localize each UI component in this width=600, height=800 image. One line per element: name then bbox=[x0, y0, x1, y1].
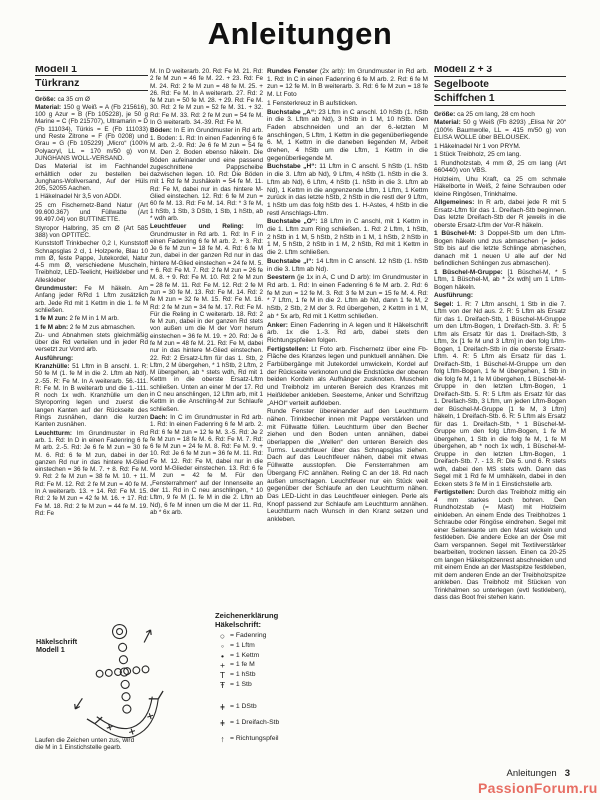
staebchen-icon: Ŧ bbox=[215, 681, 230, 689]
legend-item: += 1 fe M bbox=[215, 661, 335, 669]
paragraph: Kunststoff Trinkbecher 0,2 l, Kunststoff… bbox=[35, 240, 148, 284]
legend-items-group-2: ǂ= 1 DStbǂ= 1 Dreifach-Stb↑= Richtungspf… bbox=[215, 703, 335, 744]
paragraph: Rundes Fenster (2x arb): Im Grundmuster … bbox=[267, 68, 428, 99]
paragraph: Fertigstellen: Durch das Treibholz mitti… bbox=[434, 489, 566, 602]
legend-item: ↑= Richtungspfeil bbox=[215, 735, 335, 743]
paragraph: Holzleim, Uhu Kraft, ca 25 cm schmale Hä… bbox=[434, 176, 566, 199]
paragraph: 1 Häkelnadel Nr 1 von PRYM. bbox=[434, 143, 566, 151]
paragraph: Anker: Einen Fadenring in A legen und lt… bbox=[267, 322, 428, 345]
paragraph: Segel: 1. R: 7 Lftm anschl, 1 Stb in die… bbox=[434, 301, 566, 489]
paragraph: 1 Rundholzstab, 4 mm Ø, 25 cm lang (Art … bbox=[434, 160, 566, 175]
paragraph: Buchstabe „A“: 23 Lftm in C anschl. 10 h… bbox=[267, 109, 428, 163]
paragraph: 1 Fensterkreuz in B aufsticken. bbox=[267, 100, 428, 108]
paragraph: Zu- und Abnahmen stets gleichmäßig über … bbox=[35, 332, 148, 354]
kettmasche-icon: • bbox=[215, 652, 230, 660]
paragraph: Das Material ist im Fachhandel erhältlic… bbox=[35, 163, 148, 192]
paragraph: 1 Büschel-M: 3 Doppel-Stb um den Lftm-Bo… bbox=[434, 230, 566, 268]
paragraph: Material: 50 g Weiß (Fb 8293) „Elisa Nr … bbox=[434, 119, 566, 142]
legend-item-label: = 1 DStb bbox=[230, 703, 257, 711]
paragraph: Buchstabe „I“: 14 Lftm in C anschl. 12 h… bbox=[267, 258, 428, 273]
paragraph: Fertigstellen: Lt Foto arb. Fischernetz … bbox=[267, 346, 428, 408]
paragraph: Runde Fenster übereinander auf den Leuch… bbox=[267, 408, 428, 524]
paragraph: Styropor Halbring, 35 cm Ø (Art 585 388)… bbox=[35, 225, 148, 240]
legend-item-label: = Richtungspfeil bbox=[230, 735, 279, 743]
magazine-page: Anleitungen Modell 1 Türkranz Größe: ca … bbox=[0, 0, 600, 800]
model-1-heading: Modell 1 bbox=[35, 66, 148, 76]
paragraph: Buchstabe „H“: 11 Lftm in C anschl. 5 hS… bbox=[267, 163, 428, 217]
paragraph: 1 fe M abn: 2 fe M zus abmaschen. bbox=[35, 324, 148, 331]
column-2: M. In D weiterarb. 20. Rd: Fe M. 21. Rd:… bbox=[150, 68, 263, 608]
legend-item-label: = 1 hStb bbox=[230, 671, 256, 679]
page-footer: Anleitungen3 bbox=[440, 768, 570, 779]
paragraph: M. In D weiterarb. 20. Rd: Fe M. 21. Rd:… bbox=[150, 68, 263, 126]
legend-item: ǂ= 1 DStb bbox=[215, 703, 335, 711]
footer-label: Anleitungen bbox=[507, 768, 557, 779]
paragraph: Buchstabe „O“: 18 Lftm in C anschl, mit … bbox=[267, 218, 428, 257]
watermark: PassionForum.ru bbox=[478, 780, 600, 796]
legend-title-line2: Häkelschrift: bbox=[215, 620, 261, 629]
dreifach-staebchen-icon: ǂ bbox=[215, 719, 230, 727]
chart-label: Häkelschrift Modell 1 bbox=[36, 638, 106, 655]
paragraph: Allgemeines: In R arb, dabei jede R mit … bbox=[434, 199, 566, 229]
legend-item-label: = 1 fe M bbox=[230, 661, 255, 669]
paragraph: Grundmuster: Fe M häkeln. Am Anfang jede… bbox=[35, 285, 148, 314]
paragraph: Kranzhülle: 51 Lftm in B anschl. 1. R: 5… bbox=[35, 363, 148, 429]
paragraph: Material: 150 g Weiß = A (Fb 215616), 10… bbox=[35, 104, 148, 162]
chart-note: Laufen die Zeichen unten zus, wird die M… bbox=[35, 737, 135, 752]
paragraph: Seestern (je 1x in A, C und D arb): Im G… bbox=[267, 274, 428, 320]
legend-item: ǂ= 1 Dreifach-Stb bbox=[215, 719, 335, 727]
legend-item: Ŧ= 1 Stb bbox=[215, 681, 335, 689]
halbes-staebchen-icon: T bbox=[215, 671, 230, 679]
paragraph: 1 Stück Treibholz, 25 cm lang. bbox=[434, 151, 566, 159]
paragraph: 25 cm Fischernetz-Band Natur (Art 99.600… bbox=[35, 202, 148, 224]
page-title: Anleitungen bbox=[0, 16, 600, 52]
footer-page-number: 3 bbox=[565, 768, 570, 779]
paragraph: Ausführung: bbox=[434, 292, 566, 300]
paragraph: 1 fe M zun: 2 fe M in 1 M arb. bbox=[35, 315, 148, 322]
legend-item-label: = Fadenring bbox=[230, 632, 266, 640]
paragraph: 1 Büschel-M-Gruppe: [1 Büschel-M, * 5 Lf… bbox=[434, 269, 566, 292]
column-1-text: Größe: ca 35 cm ØMaterial: 150 g Weiß = … bbox=[35, 96, 148, 518]
model-2-3-heading: Modell 2 + 3 bbox=[434, 66, 566, 77]
legend-item-label: = 1 Kettm bbox=[230, 652, 259, 660]
paragraph: Ausführung: bbox=[35, 355, 148, 362]
legend-item-label: = 1 Stb bbox=[230, 681, 252, 689]
schiffchen-1-heading: Schiffchen 1 bbox=[434, 95, 566, 106]
luftmasche-icon: ◦ bbox=[215, 642, 230, 650]
segelboote-heading: Segelboote bbox=[434, 81, 566, 92]
column-4-text: Größe: ca 25 cm lang, 28 cm hochMaterial… bbox=[434, 111, 566, 602]
paragraph: Leuchtfeuer und Reling: Im Grundmuster i… bbox=[150, 223, 263, 413]
legend-item: ◦= 1 Lftm bbox=[215, 642, 335, 650]
legend-item-label: = 1 Lftm bbox=[230, 642, 255, 650]
doppel-staebchen-icon: ǂ bbox=[215, 703, 230, 711]
column-3-text: Rundes Fenster (2x arb): Im Grundmuster … bbox=[267, 68, 428, 524]
fadenring-icon: ○ bbox=[215, 632, 230, 640]
legend-title: Zeichenerklärung Häkelschrift: bbox=[215, 612, 335, 629]
paragraph: Dach: In C im Grundmuster in Rd arb. 1. … bbox=[150, 414, 263, 516]
legend-item: •= 1 Kettm bbox=[215, 652, 335, 660]
paragraph: Größe: ca 35 cm Ø bbox=[35, 96, 148, 103]
legend-item: T= 1 hStb bbox=[215, 671, 335, 679]
paragraph: Größe: ca 25 cm lang, 28 cm hoch bbox=[434, 111, 566, 119]
legend-item-label: = 1 Dreifach-Stb bbox=[230, 719, 279, 727]
richtungspfeil-icon: ↑ bbox=[215, 735, 230, 743]
paragraph: Böden: In E im Grundmuster in Rd arb. 1.… bbox=[150, 127, 263, 222]
tuerkranz-heading: Türkranz bbox=[35, 80, 148, 90]
paragraph: 1 Häkelnadel Nr 3,5 von ADDI. bbox=[35, 193, 148, 200]
column-2-text: M. In D weiterarb. 20. Rd: Fe M. 21. Rd:… bbox=[150, 68, 263, 516]
legend-item: ○= Fadenring bbox=[215, 632, 335, 640]
paragraph: Leuchtturm: Im Grundmuster in Rd arb. 1.… bbox=[35, 430, 148, 518]
legend: Zeichenerklärung Häkelschrift: ○= Fadenr… bbox=[215, 612, 335, 752]
column-1: Modell 1 Türkranz Größe: ca 35 cm ØMater… bbox=[35, 66, 148, 614]
feste-masche-icon: + bbox=[215, 661, 230, 669]
chart-label-line2: Modell 1 bbox=[36, 645, 65, 654]
column-4: Modell 2 + 3 Segelboote Schiffchen 1 Grö… bbox=[434, 66, 566, 766]
legend-items-group-1: ○= Fadenring◦= 1 Lftm•= 1 Kettm+= 1 fe M… bbox=[215, 632, 335, 689]
